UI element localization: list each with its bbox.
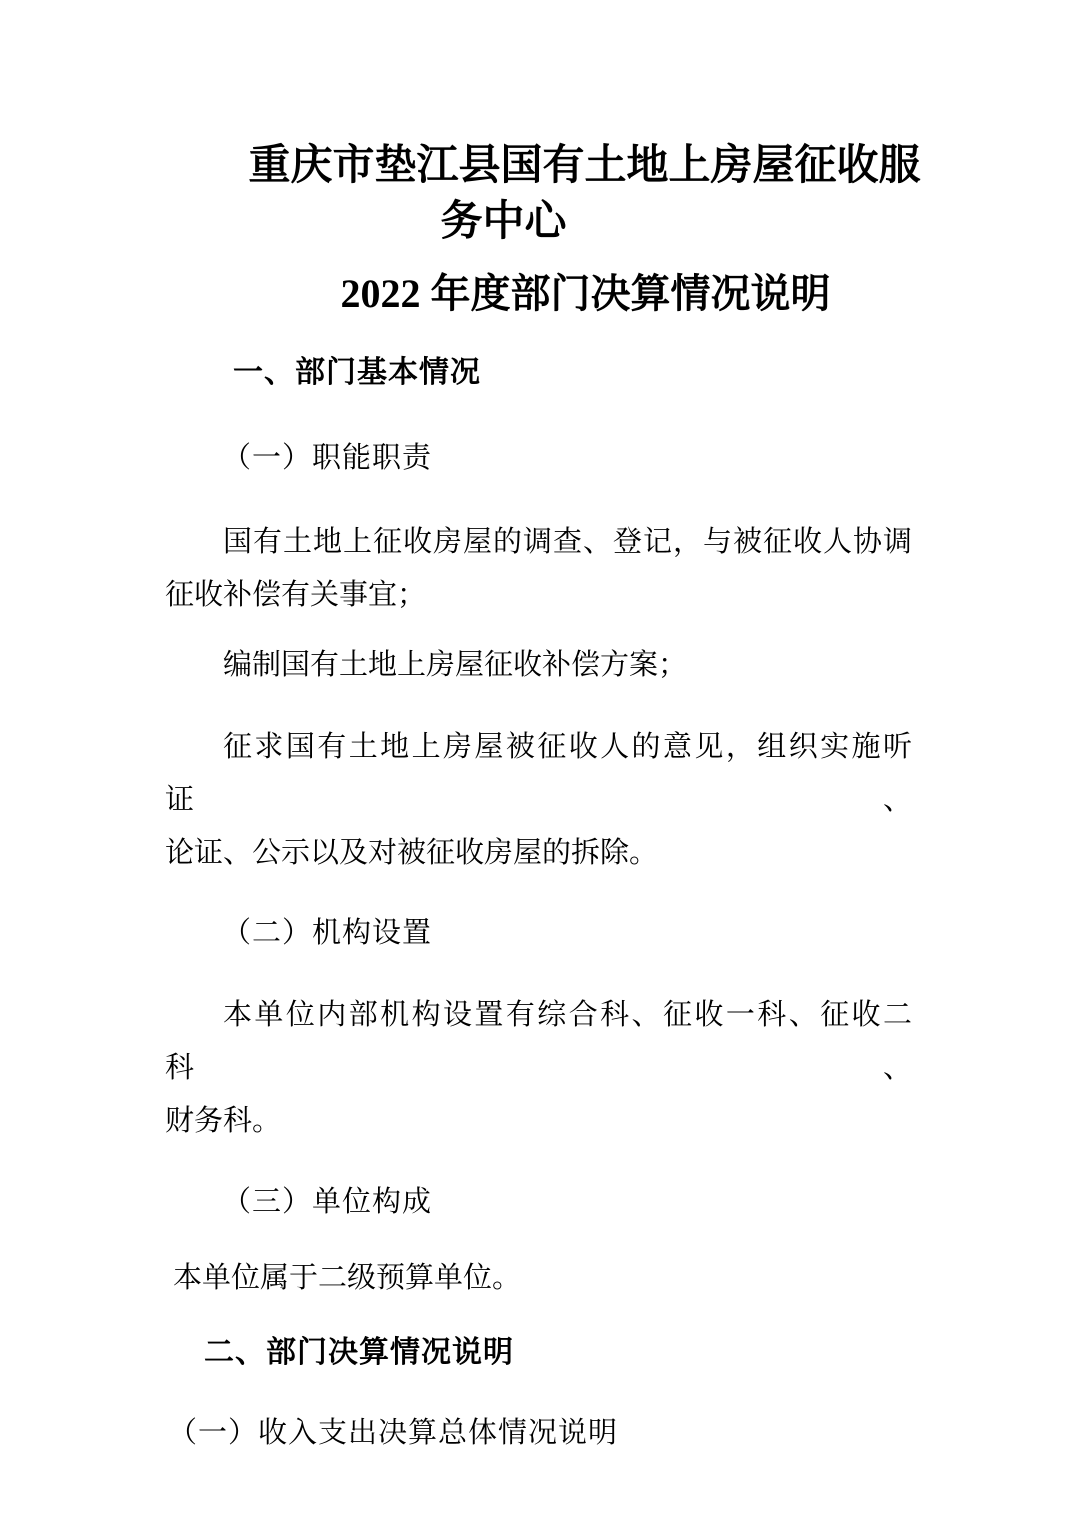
paragraph-solicit-opinions: 征求国有土地上房屋被征收人的意见，组织实施听证、 论证、公示以及对被征收房屋的拆… <box>165 721 912 880</box>
subsection-heading-organization: （二）机构设置 <box>165 907 912 960</box>
section-heading-basic-info: 一、部门基本情况 <box>165 346 912 399</box>
document-title-line1: 重庆市垫江县国有土地上房屋征收服 <box>211 138 958 194</box>
paragraph-line: 编制国有土地上房屋征收补偿方案； <box>165 639 912 692</box>
paragraph-line: 本单位内部机构设置有综合科、征收一科、征收二科、 <box>165 989 912 1095</box>
subsection-heading-functions: （一）职能职责 <box>165 432 912 485</box>
document-title-line2: 务中心 <box>130 194 877 250</box>
paragraph-line: 本单位属于二级预算单位。 <box>173 1252 912 1305</box>
paragraph-line: 征收补偿有关事宜； <box>165 569 912 622</box>
document-title: 重庆市垫江县国有土地上房屋征收服 务中心 <box>165 138 912 250</box>
section-heading-final-accounts: 二、部门决算情况说明 <box>165 1326 912 1379</box>
document-subtitle: 2022 年度部门决算情况说明 <box>212 266 959 322</box>
paragraph-budget-unit-level: 本单位属于二级预算单位。 <box>165 1252 912 1305</box>
paragraph-line: 征求国有土地上房屋被征收人的意见，组织实施听证、 <box>165 721 912 827</box>
paragraph-line: 财务科。 <box>165 1095 912 1148</box>
paragraph-internal-departments: 本单位内部机构设置有综合科、征收一科、征收二科、 财务科。 <box>165 989 912 1148</box>
paragraph-line: 国有土地上征收房屋的调查、登记，与被征收人协调 <box>165 516 912 569</box>
paragraph-survey-registration: 国有土地上征收房屋的调查、登记，与被征收人协调 征收补偿有关事宜； <box>165 516 912 622</box>
subsection-heading-revenue-expenditure: （一）收入支出决算总体情况说明 <box>165 1407 912 1460</box>
paragraph-compensation-plan: 编制国有土地上房屋征收补偿方案； <box>165 639 912 692</box>
paragraph-line: 论证、公示以及对被征收房屋的拆除。 <box>165 827 912 880</box>
document-page: 重庆市垫江县国有土地上房屋征收服 务中心 2022 年度部门决算情况说明 一、部… <box>0 0 1074 1520</box>
subsection-heading-unit-composition: （三）单位构成 <box>165 1176 912 1229</box>
